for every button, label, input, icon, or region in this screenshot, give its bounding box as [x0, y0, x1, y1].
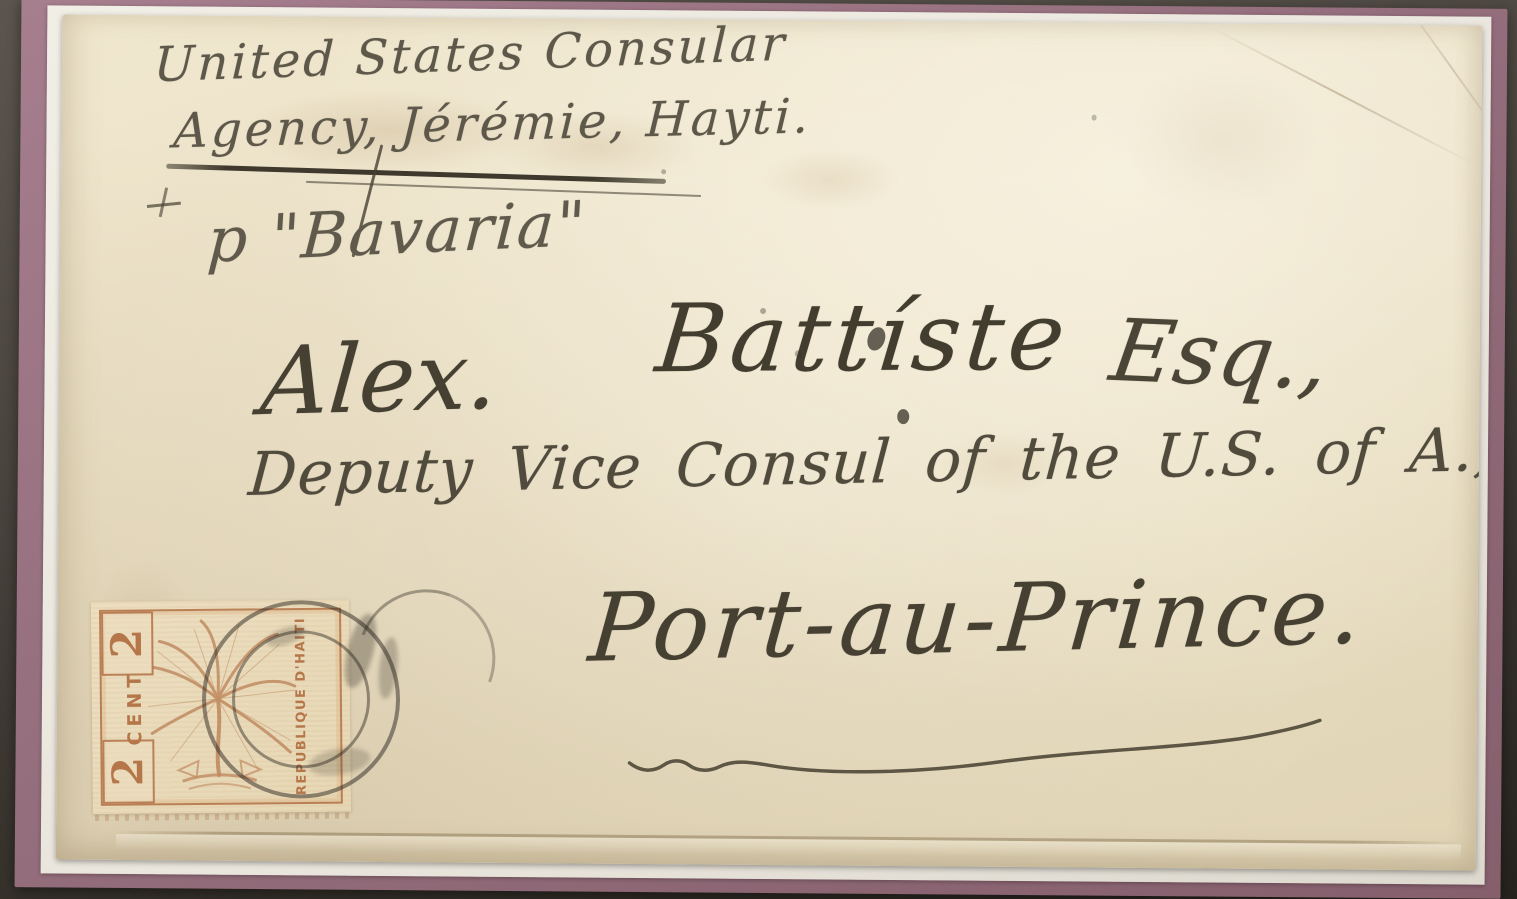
envelope-bottom-fold	[114, 831, 1459, 845]
envelope-bottom-fold-highlight	[116, 834, 1461, 861]
ship-name: "Bavaria"	[269, 187, 589, 274]
stamp-perforation	[95, 813, 349, 821]
photo-backdrop: United States Consular Agency, Jérémie, …	[0, 0, 1517, 899]
addressee-surname: Battíste	[651, 283, 1074, 395]
city-flourish	[621, 707, 1332, 785]
sender-line-2: Agency, Jérémie, Hayti.	[172, 88, 813, 159]
stain	[1121, 63, 1322, 215]
inner-mat: United States Consular Agency, Jérémie, …	[41, 5, 1492, 884]
ink-blot	[897, 409, 909, 424]
envelope: United States Consular Agency, Jérémie, …	[56, 14, 1483, 870]
ink-speck	[795, 350, 802, 357]
per-symbol: p	[205, 202, 251, 277]
ink-speck	[1092, 115, 1097, 121]
crease-line	[1390, 14, 1482, 154]
sender-line-1: United States Consular	[153, 16, 788, 94]
crease-line	[1208, 26, 1475, 166]
destination-city: Port-au-Prince.	[585, 556, 1369, 684]
sender-underline	[166, 164, 666, 184]
ink-speck	[760, 308, 766, 314]
ink-speck	[661, 169, 666, 174]
mat-border: United States Consular Agency, Jérémie, …	[15, 0, 1508, 899]
addressee-first-name: Alex.	[257, 322, 502, 438]
addressee-suffix: Esq.,	[1104, 301, 1335, 410]
ship-route-line: p "Bavaria"	[205, 187, 588, 277]
stain	[761, 148, 901, 211]
